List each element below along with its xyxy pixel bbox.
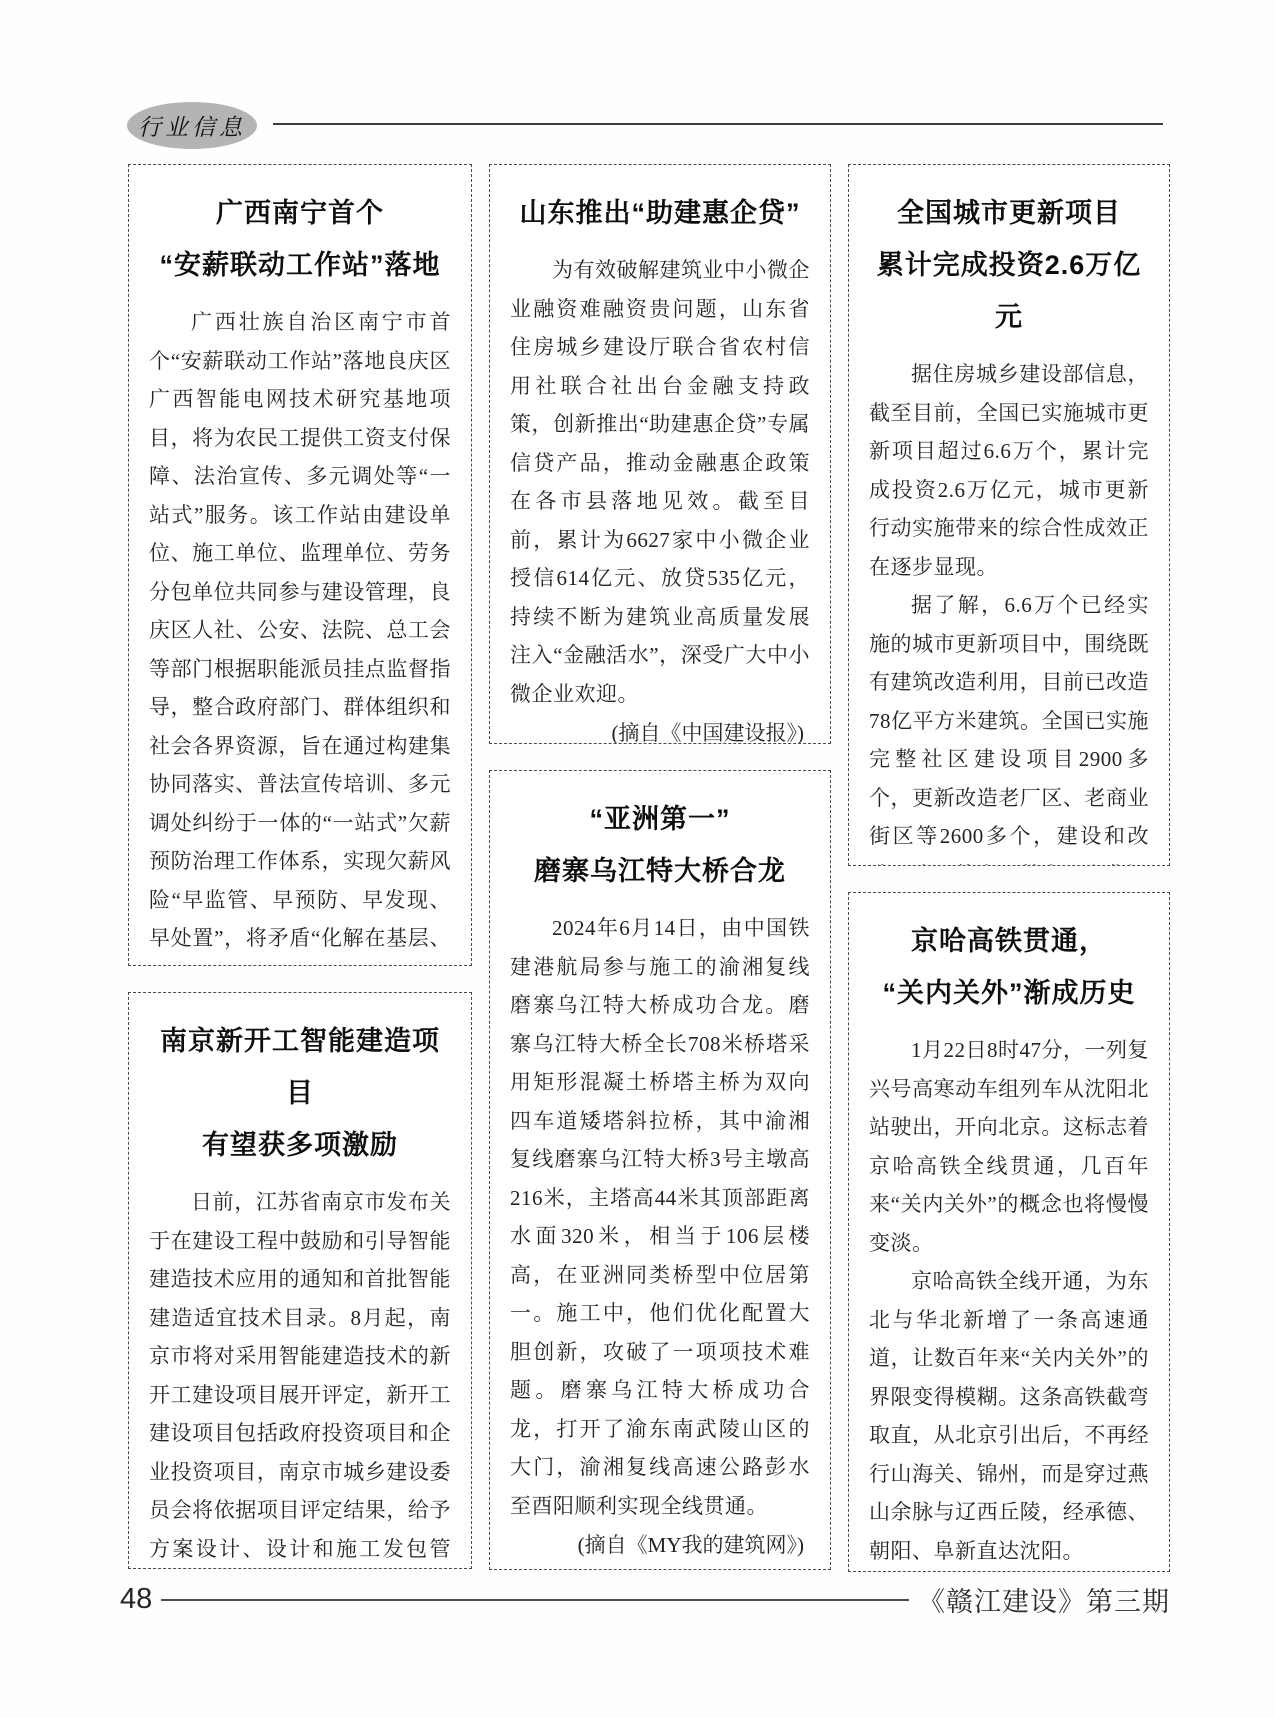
article-title-line: “关内关外”渐成历史 (869, 967, 1149, 1019)
column-2: 山东推出“助建惠企贷” 为有效破解建筑业中小微企业融资难融资贵问题，山东省住房城… (489, 164, 831, 1570)
article-title-line: 广西南宁首个 (149, 187, 451, 239)
article-title: 山东推出“助建惠企贷” (510, 187, 810, 239)
article-paragraph: 京哈高铁全线开通，为东北与华北新增了一条高速通道，让数百年来“关内关外”的界限变… (869, 1262, 1149, 1570)
section-badge-label: 行业信息 (138, 109, 246, 142)
article-title-line: 全国城市更新项目 (869, 187, 1149, 239)
header-rule (273, 123, 1163, 125)
page-number: 48 (120, 1583, 152, 1616)
article-title: 南京新开工智能建造项目 有望获多项激励 (149, 1015, 451, 1171)
article-title-line: 南京新开工智能建造项目 (149, 1015, 451, 1119)
journal-issue-label: 《赣江建设》第三期 (918, 1580, 1170, 1619)
magazine-page: 行业信息 广西南宁首个 “安薪联动工作站”落地 广西壮族自治区南宁市首个“安薪联… (0, 0, 1275, 1718)
article-paragraph: 日前，江苏省南京市发布关于在建设工程中鼓励和引导智能建造技术应用的通知和首批智能… (149, 1183, 451, 1569)
article-title-line: 山东推出“助建惠企贷” (510, 187, 810, 239)
article-title: 京哈高铁贯通， “关内关外”渐成历史 (869, 915, 1149, 1019)
article-paragraph: 为有效破解建筑业中小微企业融资难融资贵问题，山东省住房城乡建设厅联合省农村信用社… (510, 251, 810, 713)
article-urban-renewal: 全国城市更新项目 累计完成投资2.6万亿元 据住房城乡建设部信息，截至目前，全国… (848, 164, 1170, 866)
article-title-line: “安薪联动工作站”落地 (149, 239, 451, 291)
article-paragraph: 广西壮族自治区南宁市首个“安薪联动工作站”落地良庆区广西智能电网技术研究基地项目… (149, 303, 451, 966)
page-footer: 48 《赣江建设》第三期 (120, 1580, 1170, 1619)
article-paragraph: 1月22日8时47分，一列复兴号高寒动车组列车从沈阳北站驶出，开向北京。这标志着… (869, 1031, 1149, 1262)
article-title: 全国城市更新项目 累计完成投资2.6万亿元 (869, 187, 1149, 343)
article-nanjing-smart-construction: 南京新开工智能建造项目 有望获多项激励 日前，江苏省南京市发布关于在建设工程中鼓… (128, 992, 472, 1569)
article-title-line: “亚洲第一” (510, 793, 810, 845)
article-source: (摘自《中国建设报》) (510, 713, 810, 744)
article-title-line: 累计完成投资2.6万亿元 (869, 239, 1149, 343)
article-title-line: 磨寨乌江特大桥合龙 (510, 845, 810, 897)
article-title: 广西南宁首个 “安薪联动工作站”落地 (149, 187, 451, 291)
article-paragraph: 据住房城乡建设部信息，截至目前，全国已实施城市更新项目超过6.6万个，累计完成投… (869, 355, 1149, 586)
section-badge: 行业信息 (127, 102, 257, 149)
article-title-line: 有望获多项激励 (149, 1119, 451, 1171)
article-jingha-railway: 京哈高铁贯通， “关内关外”渐成历史 1月22日8时47分，一列复兴号高寒动车组… (848, 892, 1170, 1572)
article-wujiang-bridge: “亚洲第一” 磨寨乌江特大桥合龙 2024年6月14日，由中国铁建港航局参与施工… (489, 770, 831, 1570)
article-columns: 广西南宁首个 “安薪联动工作站”落地 广西壮族自治区南宁市首个“安薪联动工作站”… (128, 164, 1170, 1572)
article-guangxi-workstation: 广西南宁首个 “安薪联动工作站”落地 广西壮族自治区南宁市首个“安薪联动工作站”… (128, 164, 472, 966)
article-title-line: 京哈高铁贯通， (869, 915, 1149, 967)
column-1: 广西南宁首个 “安薪联动工作站”落地 广西壮族自治区南宁市首个“安薪联动工作站”… (128, 164, 472, 1569)
article-shandong-loan: 山东推出“助建惠企贷” 为有效破解建筑业中小微企业融资难融资贵问题，山东省住房城… (489, 164, 831, 744)
footer-rule (161, 1599, 909, 1601)
article-paragraph: 据了解，6.6万个已经实施的城市更新项目中，围绕既有建筑改造利用，目前已改造78… (869, 586, 1149, 866)
article-title: “亚洲第一” 磨寨乌江特大桥合龙 (510, 793, 810, 897)
article-paragraph: 2024年6月14日，由中国铁建港航局参与施工的渝湘复线磨寨乌江特大桥成功合龙。… (510, 909, 810, 1525)
column-3: 全国城市更新项目 累计完成投资2.6万亿元 据住房城乡建设部信息，截至目前，全国… (848, 164, 1170, 1572)
article-source: (摘自《建虎网》) (869, 1570, 1149, 1572)
article-source: (摘自《MY我的建筑网》) (510, 1525, 810, 1565)
